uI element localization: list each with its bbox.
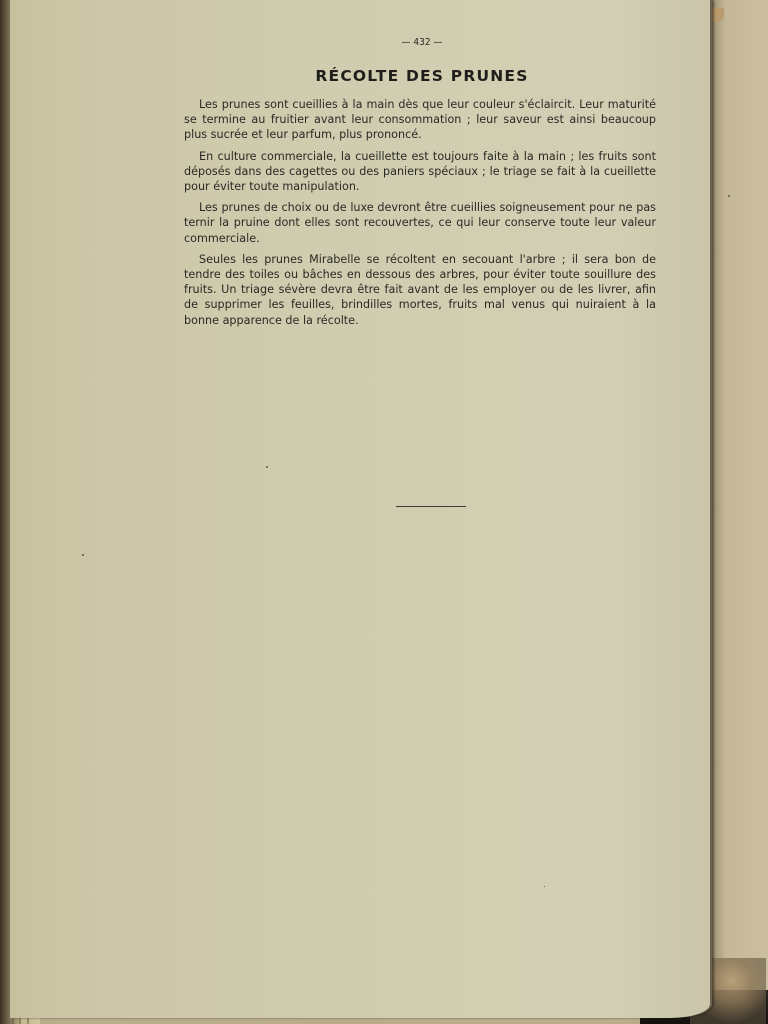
facing-page <box>712 0 768 1024</box>
section-divider <box>396 506 466 507</box>
paper-speck <box>544 886 545 887</box>
paragraph: Les prunes sont cueillies à la main dès … <box>184 97 656 143</box>
folded-corner <box>712 8 724 22</box>
paper-speck <box>82 554 84 556</box>
body-text: Les prunes sont cueillies à la main dès … <box>184 97 656 334</box>
paragraph: En culture commerciale, la cueillette es… <box>184 149 656 195</box>
page-title: RÉCOLTE DES PRUNES <box>250 67 594 85</box>
page-number: — 432 — <box>380 37 464 48</box>
paper-speck <box>728 195 730 197</box>
paragraph: Les prunes de choix ou de luxe devront ê… <box>184 200 656 246</box>
page-edge-line <box>6 0 8 1024</box>
paper-speck <box>266 466 268 468</box>
paragraph: Seules les prunes Mirabelle se récoltent… <box>184 252 656 328</box>
